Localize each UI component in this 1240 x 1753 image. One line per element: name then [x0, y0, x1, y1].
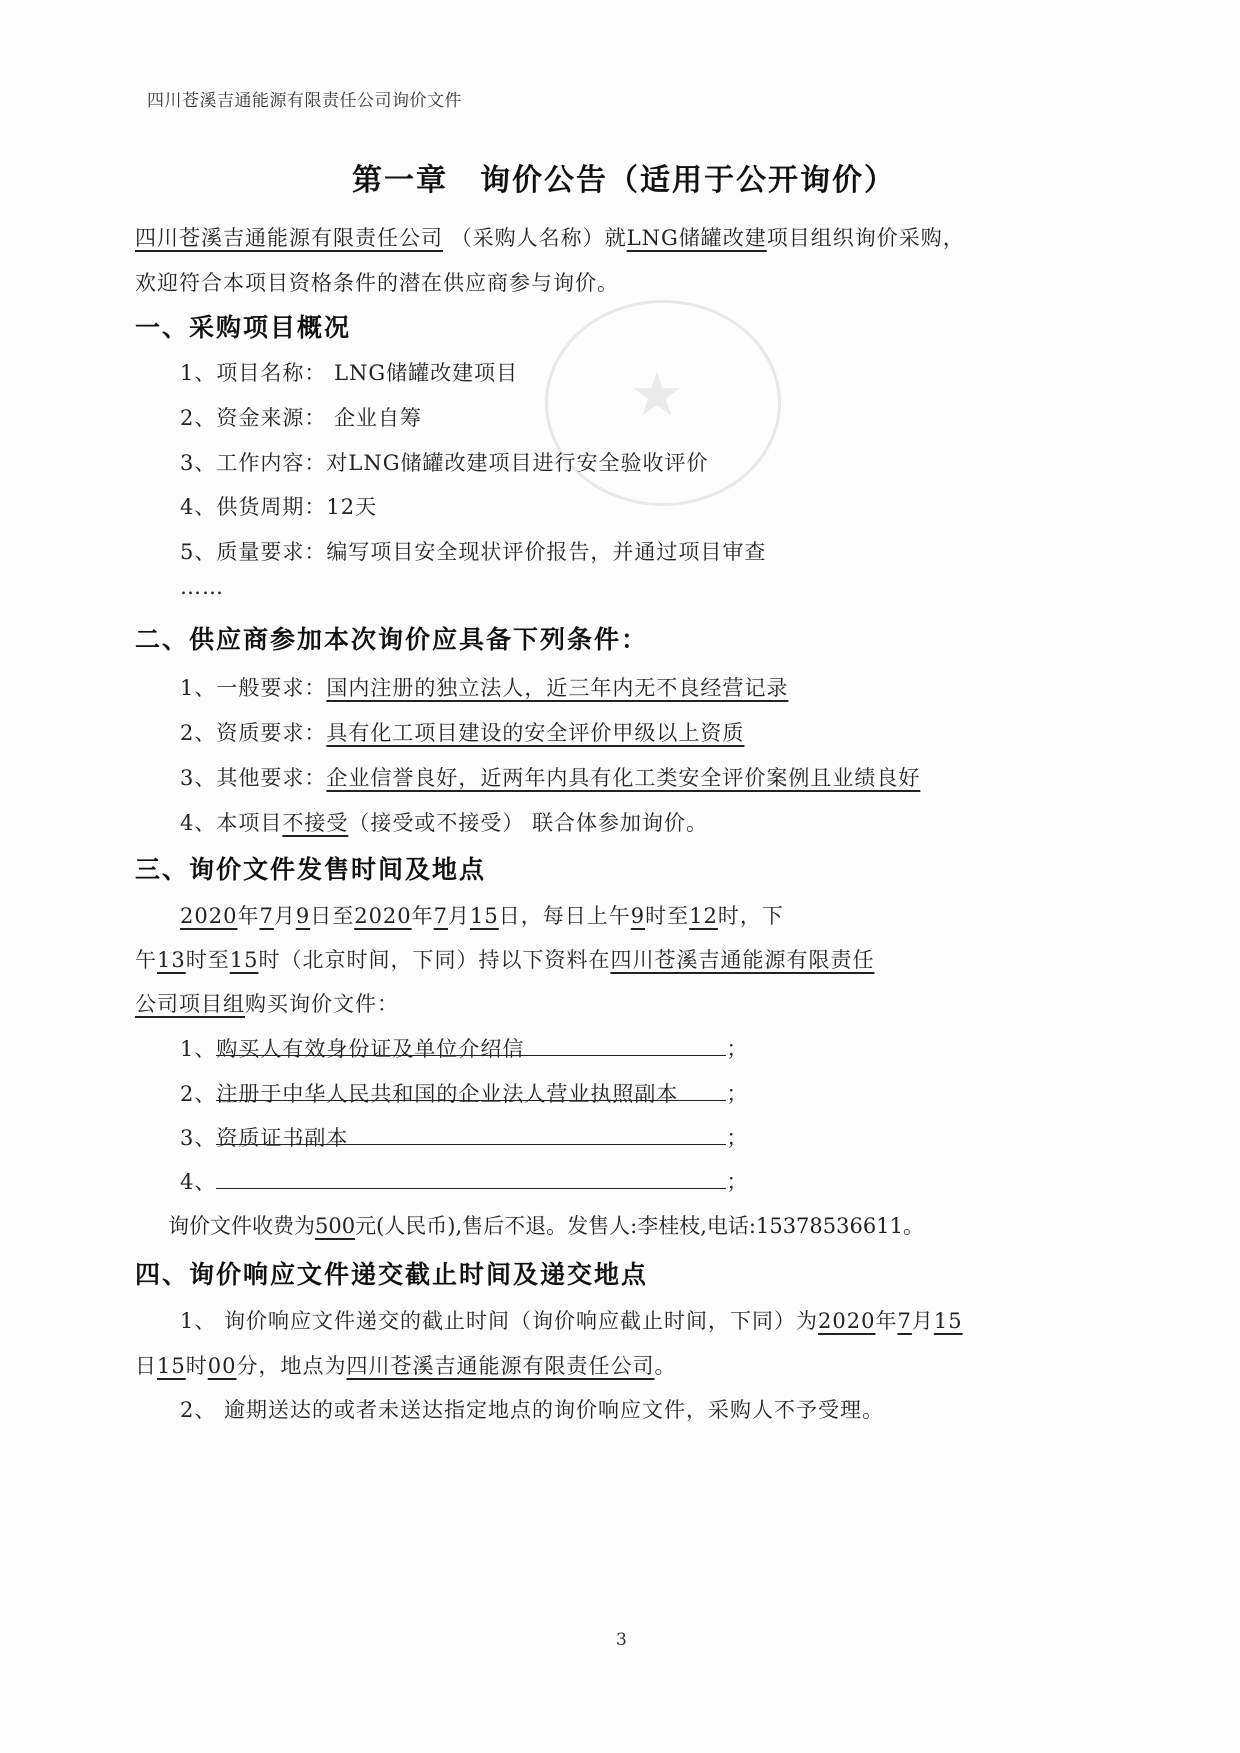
requirement-value: 企业信誉良好，近两年内具有化工类安全评价案例且业绩良好	[326, 766, 920, 790]
ellipsis: ……	[180, 575, 224, 599]
deadline-line-1: 1、 询价响应文件递交的截止时间（询价响应截止时间，下同）为2020年7月15	[180, 1305, 963, 1335]
project-name: LNG储罐改建	[627, 226, 767, 250]
overview-item: 3、工作内容：对LNG储罐改建项目进行安全验收评价	[180, 447, 708, 477]
intro-tail: 项目组织询价采购，	[767, 226, 965, 250]
late-submission-note: 2、 逾期送达的或者未送达指定地点的询价响应文件，采购人不予受理。	[180, 1394, 884, 1424]
fee-amount: 500	[315, 1214, 355, 1238]
requirement-value: 具有化工项目建设的安全评价甲级以上资质	[326, 721, 744, 745]
purchaser-label: （采购人名称）就	[451, 226, 627, 250]
consortium-item: 4、本项目不接受（接受或不接受） 联合体参加询价。	[180, 807, 708, 837]
consortium-value: 不接受	[282, 811, 348, 835]
sale-location: 公司项目组	[135, 992, 245, 1016]
intro-line-2: 欢迎符合本项目资格条件的潜在供应商参与询价。	[135, 267, 619, 297]
requirement-value: 国内注册的独立法人，近三年内无不良经营记录	[326, 676, 788, 700]
requirement-item: 1、一般要求：国内注册的独立法人，近三年内无不良经营记录	[180, 672, 788, 702]
seal-star-icon: ★	[630, 360, 684, 430]
sale-period-line-2: 午13时至15时（北京时间，下同）持以下资料在四川苍溪吉通能源有限责任	[135, 944, 874, 974]
overview-item: 1、项目名称： LNG储罐改建项目	[180, 357, 518, 387]
purchaser-name: 四川苍溪吉通能源有限责任公司	[135, 226, 443, 250]
section-1-heading: 一、采购项目概况	[135, 308, 351, 344]
requirement-item: 2、资质要求：具有化工项目建设的安全评价甲级以上资质	[180, 717, 744, 747]
submission-location: 四川苍溪吉通能源有限责任公司	[346, 1354, 654, 1378]
requirement-item: 3、其他要求：企业信誉良好，近两年内具有化工类安全评价案例且业绩良好	[180, 762, 920, 792]
section-2-heading: 二、供应商参加本次询价应具备下列条件：	[135, 620, 648, 656]
sale-period-line-1: 2020年7月9日至2020年7月15日，每日上午9时至12时，下	[180, 900, 784, 930]
section-3-heading: 三、询价文件发售时间及地点	[135, 850, 486, 886]
section-4-heading: 四、询价响应文件递交截止时间及递交地点	[135, 1255, 648, 1291]
running-header: 四川苍溪吉通能源有限责任公司询价文件	[147, 86, 462, 111]
document-item: 2、注册于中华人民共和国的企业法人营业执照副本；	[180, 1078, 748, 1108]
sale-period-line-3: 公司项目组购买询价文件：	[135, 988, 399, 1018]
overview-item: 5、质量要求：编写项目安全现状评价报告，并通过项目审查	[180, 536, 766, 566]
sale-location: 四川苍溪吉通能源有限责任	[610, 948, 874, 972]
intro-line-1: 四川苍溪吉通能源有限责任公司 （采购人名称）就LNG储罐改建项目组织询价采购，	[135, 222, 965, 252]
document-item: 4、；	[180, 1166, 748, 1196]
page-number: 3	[616, 1630, 627, 1650]
fee-line: 询价文件收费为500元(人民币),售后不退。发售人:李桂枝,电话:1537853…	[168, 1210, 924, 1240]
document-page: ★ 四川苍溪吉通能源有限责任公司询价文件 第一章 询价公告（适用于公开询价） 四…	[0, 0, 1240, 1753]
document-item: 3、资质证书副本；	[180, 1122, 748, 1152]
chapter-title: 第一章 询价公告（适用于公开询价）	[352, 155, 896, 199]
document-item: 1、购买人有效身份证及单位介绍信；	[180, 1033, 748, 1063]
overview-item: 2、资金来源： 企业自筹	[180, 402, 422, 432]
overview-item: 4、供货周期：12天	[180, 491, 377, 521]
deadline-line-2: 日15时00分，地点为四川苍溪吉通能源有限责任公司。	[135, 1350, 676, 1380]
